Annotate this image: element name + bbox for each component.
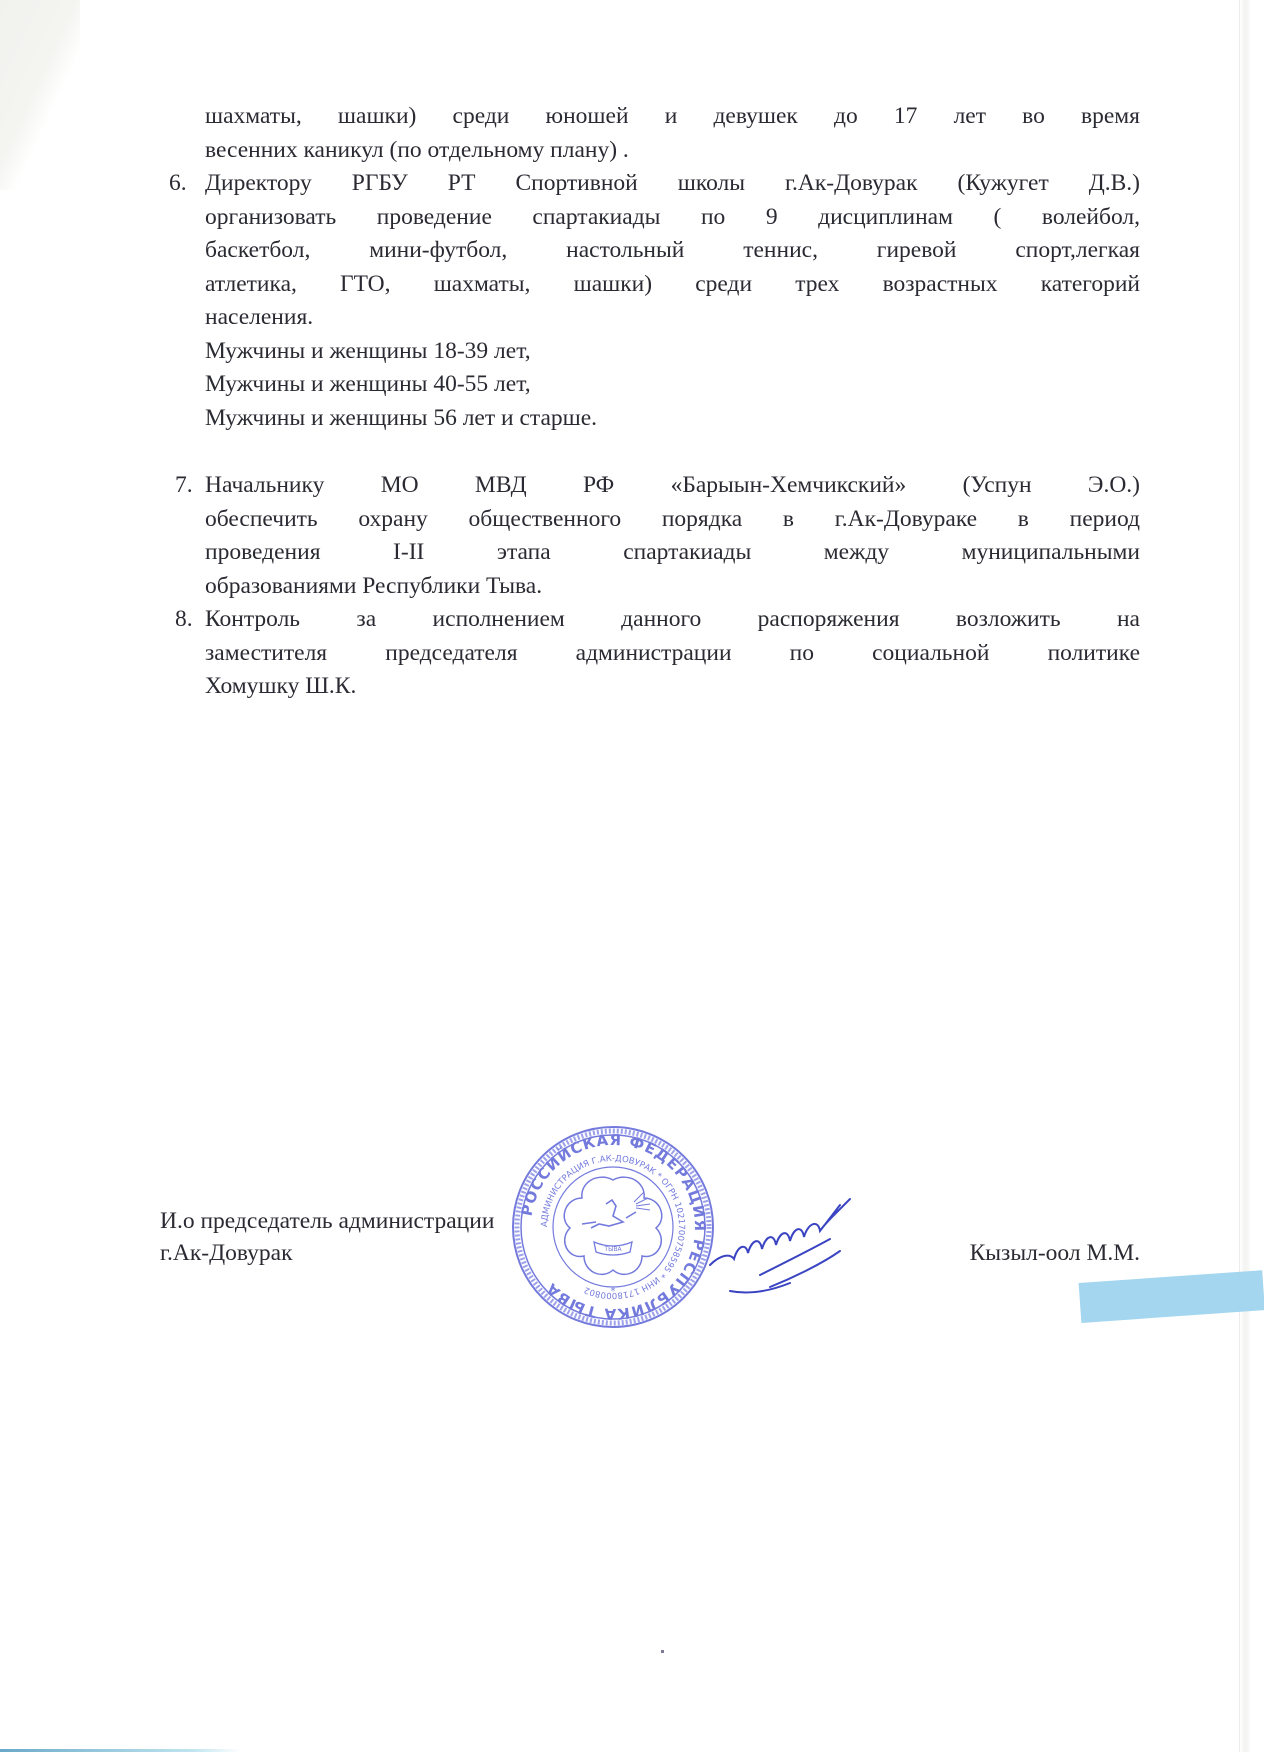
text-line: Контроль за исполнением данного распоряж… xyxy=(205,603,1140,637)
text-line: шахматы, шашки) среди юношей и девушек д… xyxy=(205,100,1140,134)
official-stamp-icon: РОССИЙСКАЯ ФЕДЕРАЦИЯ РЕСПУБЛИКА ТЫВА АДМ… xyxy=(508,1122,718,1332)
text-line: населения. xyxy=(205,301,1140,335)
item-text: Контроль за исполнением данного распоряж… xyxy=(205,603,1140,704)
list-item-8: 8. Контроль за исполнением данного распо… xyxy=(205,603,1140,704)
blue-tape-mark xyxy=(1079,1270,1264,1323)
text-line: проведения I-II этапа спартакиады между … xyxy=(205,536,1140,570)
text-line: баскетбол, мини-футбол, настольный тенни… xyxy=(205,234,1140,268)
document-page: шахматы, шашки) среди юношей и девушек д… xyxy=(0,0,1264,1752)
age-category-list: Мужчины и женщины 18-39 лет, Мужчины и ж… xyxy=(205,335,1140,436)
signatory-name: Кызыл-оол М.М. xyxy=(970,1237,1140,1269)
text-line: Начальнику МО МВД РФ «Барыын-Хемчикский»… xyxy=(205,469,1140,503)
item-number: 7. xyxy=(175,469,193,503)
signatory-position: И.о председатель администрации г.Ак-Дову… xyxy=(160,1205,494,1269)
document-body: шахматы, шашки) среди юношей и девушек д… xyxy=(205,100,1140,704)
svg-text:ТЫВА: ТЫВА xyxy=(603,1246,622,1253)
age-category: Мужчины и женщины 40-55 лет, xyxy=(205,368,1140,402)
spacer xyxy=(205,435,1140,469)
text-line: весенних каникул (по отдельному плану) . xyxy=(205,134,1140,168)
signatory-city: г.Ак-Довурак xyxy=(160,1237,494,1269)
text-line: Директору РГБУ РТ Спортивной школы г.Ак-… xyxy=(205,167,1140,201)
item-number: 8. xyxy=(175,603,193,637)
text-line: заместителя председателя администрации п… xyxy=(205,637,1140,671)
svg-text:*: * xyxy=(611,1286,616,1297)
text-line: обеспечить охрану общественного порядка … xyxy=(205,503,1140,537)
text-line: организовать проведение спартакиады по 9… xyxy=(205,201,1140,235)
text-line: Хомушку Ш.К. xyxy=(205,670,1140,704)
signatory-title: И.о председатель администрации xyxy=(160,1205,494,1237)
handwritten-signature-icon xyxy=(700,1195,880,1305)
age-category: Мужчины и женщины 56 лет и старше. xyxy=(205,402,1140,436)
item-text: Начальнику МО МВД РФ «Барыын-Хемчикский»… xyxy=(205,469,1140,603)
text-line: образованиями Республики Тыва. xyxy=(205,570,1140,604)
item-number: 6. xyxy=(169,167,187,201)
page-right-edge xyxy=(1239,0,1250,1752)
list-item-7: 7. Начальнику МО МВД РФ «Барыын-Хемчикск… xyxy=(205,469,1140,603)
item-text: Директору РГБУ РТ Спортивной школы г.Ак-… xyxy=(205,167,1140,335)
continuation-paragraph: шахматы, шашки) среди юношей и девушек д… xyxy=(205,100,1140,167)
scan-speck xyxy=(661,1650,664,1653)
list-item-6: 6. Директору РГБУ РТ Спортивной школы г.… xyxy=(205,167,1140,435)
page-fold-shadow xyxy=(0,0,80,190)
text-line: атлетика, ГТО, шахматы, шашки) среди тре… xyxy=(205,268,1140,302)
svg-text:АДМИНИСТРАЦИЯ Г.АК-ДОВУРАК * О: АДМИНИСТРАЦИЯ Г.АК-ДОВУРАК * ОГРН 102170… xyxy=(540,1154,686,1300)
age-category: Мужчины и женщины 18-39 лет, xyxy=(205,335,1140,369)
